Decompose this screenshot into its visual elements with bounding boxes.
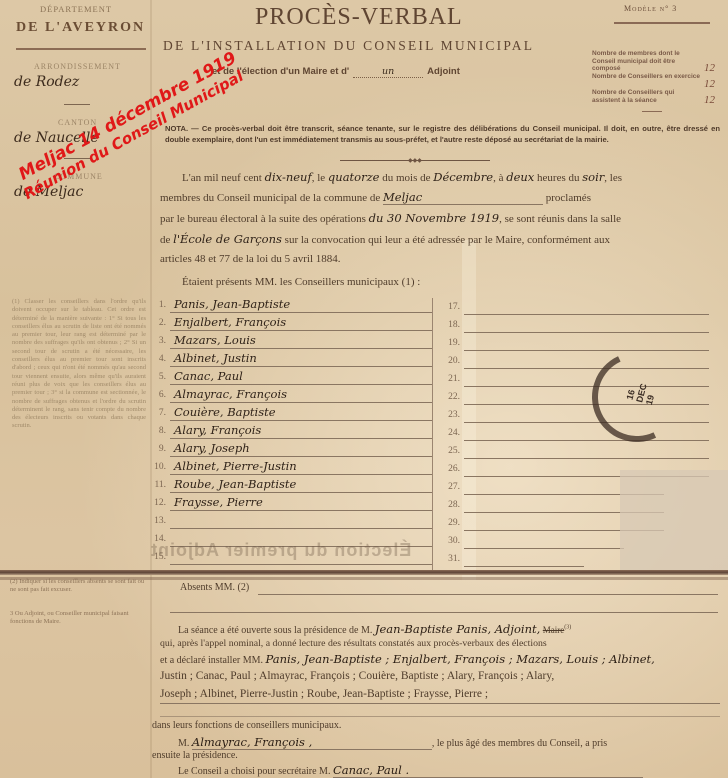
- row-line: [170, 330, 432, 331]
- election-subline: et de l'élection d'un Maire et d'unAdjoi…: [212, 66, 460, 78]
- footnote-1: (1) Classer les conseillers dans l'ordre…: [12, 298, 146, 431]
- row-number: 29.: [440, 518, 460, 528]
- president-handwritten: Jean-Baptiste Panis, Adjoint,: [375, 622, 540, 636]
- row-number: 17.: [440, 302, 460, 312]
- row-line: [170, 564, 432, 565]
- meeting-place-handwritten: l'École de Garçons: [173, 232, 282, 246]
- month-handwritten: Décembre: [433, 170, 493, 184]
- list-item: 1.Panis, Jean-Baptiste: [146, 298, 436, 316]
- text: du mois de: [382, 172, 430, 184]
- modele-value-members: 12: [704, 62, 715, 74]
- present-heading: Étaient présents MM. les Conseillers mun…: [160, 276, 728, 288]
- list-item: 13.: [146, 514, 436, 532]
- row-line: [170, 474, 432, 475]
- department-name: DE L'AVEYRON: [16, 20, 145, 36]
- row-line: [170, 438, 432, 439]
- list-item: 19.: [440, 336, 725, 354]
- list-item: 2.Enjalbert, François: [146, 316, 436, 334]
- secretary-handwritten: Canac, Paul .: [333, 763, 643, 778]
- row-number: 5.: [146, 372, 166, 382]
- text: , le plus âgé des membres du Conseil, a …: [432, 738, 607, 749]
- councillor-name: Enjalbert, François: [174, 315, 286, 329]
- row-number: 12.: [146, 498, 166, 508]
- list-item: 7.Couière, Baptiste: [146, 406, 436, 424]
- row-line: [170, 492, 432, 493]
- commune-handwritten: Meljac: [383, 190, 543, 205]
- councillor-name: Couière, Baptiste: [174, 405, 276, 419]
- row-number: 18.: [440, 320, 460, 330]
- list-item: 5.Canac, Paul: [146, 370, 436, 388]
- eldest-line: M. Almayrac, François ,, le plus âgé des…: [178, 735, 607, 750]
- text: membres du Conseil municipal de la commu…: [160, 192, 380, 204]
- row-line: [170, 456, 432, 457]
- text: L'an mil neuf cent: [182, 172, 262, 184]
- row-line: [170, 384, 432, 385]
- text: , se sont réunis dans la salle: [499, 213, 621, 225]
- list-item: 10.Albinet, Pierre-Justin: [146, 460, 436, 478]
- row-number: 31.: [440, 554, 460, 564]
- row-line: [170, 420, 432, 421]
- department-rule: [16, 48, 146, 50]
- row-number: 7.: [146, 408, 166, 418]
- text: , à: [493, 172, 503, 184]
- paper-fold-shadow: [0, 577, 728, 580]
- footnote-ref: (3): [564, 625, 571, 631]
- row-number: 9.: [146, 444, 166, 454]
- subline-after: Adjoint: [427, 66, 460, 77]
- paragraph-line-5: articles 48 et 77 de la loi du 5 avril 1…: [160, 253, 720, 265]
- department-label: DÉPARTEMENT: [40, 4, 112, 14]
- text: sur la convocation qui leur a été adress…: [285, 234, 610, 246]
- modele-rule: [614, 22, 710, 24]
- installed-line-rule: [160, 703, 720, 704]
- row-number: 24.: [440, 428, 460, 438]
- row-line: [464, 350, 709, 351]
- text: et a déclaré installer MM.: [160, 655, 263, 666]
- text: de: [160, 234, 170, 246]
- installed-line-3: Joseph ; Albinet, Pierre-Justin ; Roube,…: [160, 688, 488, 700]
- struck-maire: Maire: [543, 625, 565, 635]
- installed-line-rule-2: [160, 716, 720, 717]
- row-line: [464, 332, 709, 333]
- row-line: [464, 566, 584, 567]
- modele-row-exercise: Nombre de Conseillers en exercice: [592, 73, 702, 81]
- opening-line: La séance a été ouverte sous la présiden…: [178, 622, 571, 636]
- row-number: 1.: [146, 300, 166, 310]
- councillor-name: Albinet, Justin: [174, 351, 257, 365]
- nota-text: NOTA. — Ce procès-verbal doit être trans…: [165, 124, 720, 145]
- list-item: 4.Albinet, Justin: [146, 352, 436, 370]
- installed-line-2: Justin ; Canac, Paul ; Almayrac, Françoi…: [160, 670, 554, 682]
- page-subtitle: DE L'INSTALLATION DU CONSEIL MUNICIPAL: [163, 38, 534, 54]
- row-line: [464, 458, 709, 459]
- paragraph-line-3: par le bureau électoral à la suite des o…: [160, 211, 720, 225]
- row-number: 20.: [440, 356, 460, 366]
- text: La séance a été ouverte sous la présiden…: [178, 625, 372, 636]
- row-number: 23.: [440, 410, 460, 420]
- eldest-handwritten: Almayrac, François ,: [192, 735, 432, 750]
- row-number: 11.: [146, 480, 166, 490]
- functions-line: dans leurs fonctions de conseillers muni…: [152, 720, 341, 731]
- day-handwritten: quatorze: [328, 170, 380, 184]
- list-item: 21.: [440, 372, 725, 390]
- paragraph-line-2: membres du Conseil municipal de la commu…: [160, 190, 720, 205]
- list-item: 12.Fraysse, Pierre: [146, 496, 436, 514]
- arrondissement-value: de Rodez: [14, 74, 79, 90]
- column-separator: [432, 298, 433, 570]
- row-line: [464, 440, 709, 441]
- paper-fold-horizontal: [0, 570, 728, 575]
- footnote-2: (2) Indiquer si les conseillers absents …: [10, 578, 145, 594]
- footnote-3: 3 Ou Adjoint, ou Conseiller municipal fa…: [10, 610, 145, 626]
- modele-value-exercise: 12: [704, 78, 715, 90]
- list-item: 20.: [440, 354, 725, 372]
- list-item: 6.Almayrac, François: [146, 388, 436, 406]
- councillor-name: Alary, Joseph: [174, 441, 250, 455]
- row-number: 6.: [146, 390, 166, 400]
- modele-row-members: Nombre de membres dont le Conseil munici…: [592, 50, 702, 73]
- modele-value-attending: 12: [704, 94, 715, 106]
- list-item: 3.Mazars, Louis: [146, 334, 436, 352]
- modele-row-attending: Nombre de Conseillers qui assistent à la…: [592, 89, 702, 104]
- installed-line-1: et a déclaré installer MM. Panis, Jean-B…: [160, 652, 655, 666]
- row-line: [464, 314, 709, 315]
- secretary-line: Le Conseil a choisi pour secrétaire M. C…: [178, 763, 643, 778]
- row-number: 22.: [440, 392, 460, 402]
- bleed-through-text: Élection du premier Adjoint: [150, 540, 411, 561]
- councillor-name: Alary, François: [174, 423, 261, 437]
- period-handwritten: soir: [582, 170, 604, 184]
- row-number: 13.: [146, 516, 166, 526]
- opening-line-2: qui, après l'appel nominal, a donné lect…: [160, 638, 547, 649]
- list-item: 18.: [440, 318, 725, 336]
- list-item: 23.: [440, 408, 725, 426]
- list-item: 25.: [440, 444, 725, 462]
- row-number: 2.: [146, 318, 166, 328]
- councillor-name: Fraysse, Pierre: [174, 495, 263, 509]
- list-item: 22.: [440, 390, 725, 408]
- presidence-line: ensuite la présidence.: [152, 750, 238, 761]
- installed-names-handwritten: Panis, Jean-Baptiste ; Enjalbert, Franço…: [266, 652, 655, 666]
- row-line: [170, 366, 432, 367]
- row-number: 10.: [146, 462, 166, 472]
- councillor-name: Roube, Jean-Baptiste: [174, 477, 296, 491]
- row-number: 4.: [146, 354, 166, 364]
- list-item: 9.Alary, Joseph: [146, 442, 436, 460]
- list-item: 8.Alary, François: [146, 424, 436, 442]
- absents-label: Absents MM. (2): [180, 582, 249, 593]
- text: , les: [604, 172, 622, 184]
- row-line: [170, 528, 432, 529]
- paragraph-line-4: de l'École de Garçons sur la convocation…: [160, 232, 720, 246]
- list-item: 24.: [440, 426, 725, 444]
- list-item: 17.: [440, 300, 725, 318]
- row-number: 25.: [440, 446, 460, 456]
- row-number: 19.: [440, 338, 460, 348]
- text: Le Conseil a choisi pour secrétaire M.: [178, 766, 330, 777]
- row-line: [464, 548, 624, 549]
- separator-rule: [64, 104, 90, 105]
- text: M.: [178, 738, 189, 749]
- councillor-name: Panis, Jean-Baptiste: [174, 297, 290, 311]
- row-number: 27.: [440, 482, 460, 492]
- row-number: 3.: [146, 336, 166, 346]
- text: par le bureau électoral à la suite des o…: [160, 213, 366, 225]
- absents-line-1: [258, 594, 718, 595]
- row-number: 30.: [440, 536, 460, 546]
- councillor-name: Almayrac, François: [174, 387, 287, 401]
- councillor-name: Canac, Paul: [174, 369, 243, 383]
- row-line: [170, 312, 432, 313]
- page-title: PROCÈS-VERBAL: [255, 4, 463, 31]
- absents-line-2: [170, 612, 718, 613]
- ornament-center: ◆◆◆: [408, 157, 422, 164]
- row-number: 28.: [440, 500, 460, 510]
- text: heures du: [537, 172, 579, 184]
- row-line: [170, 348, 432, 349]
- paragraph-line-1: L'an mil neuf cent dix-neuf, le quatorze…: [160, 170, 728, 184]
- hour-handwritten: deux: [506, 170, 534, 184]
- councillor-name: Mazars, Louis: [174, 333, 256, 347]
- modele-rule-small: [642, 111, 662, 112]
- row-line: [170, 402, 432, 403]
- adjoint-count: un: [353, 66, 423, 78]
- councillor-name: Albinet, Pierre-Justin: [174, 459, 297, 473]
- text: , le: [312, 172, 325, 184]
- operations-date-handwritten: du 30 Novembre 1919: [369, 211, 500, 225]
- row-number: 8.: [146, 426, 166, 436]
- row-number: 26.: [440, 464, 460, 474]
- row-number: 21.: [440, 374, 460, 384]
- row-line: [170, 510, 432, 511]
- faded-paper-patch: [620, 470, 728, 570]
- arrondissement-label: ARRONDISSEMENT: [34, 62, 121, 71]
- year-handwritten: dix-neuf: [265, 170, 312, 184]
- modele-title: Modèle n° 3: [624, 4, 677, 13]
- text: proclamés: [546, 192, 591, 204]
- list-item: 11.Roube, Jean-Baptiste: [146, 478, 436, 496]
